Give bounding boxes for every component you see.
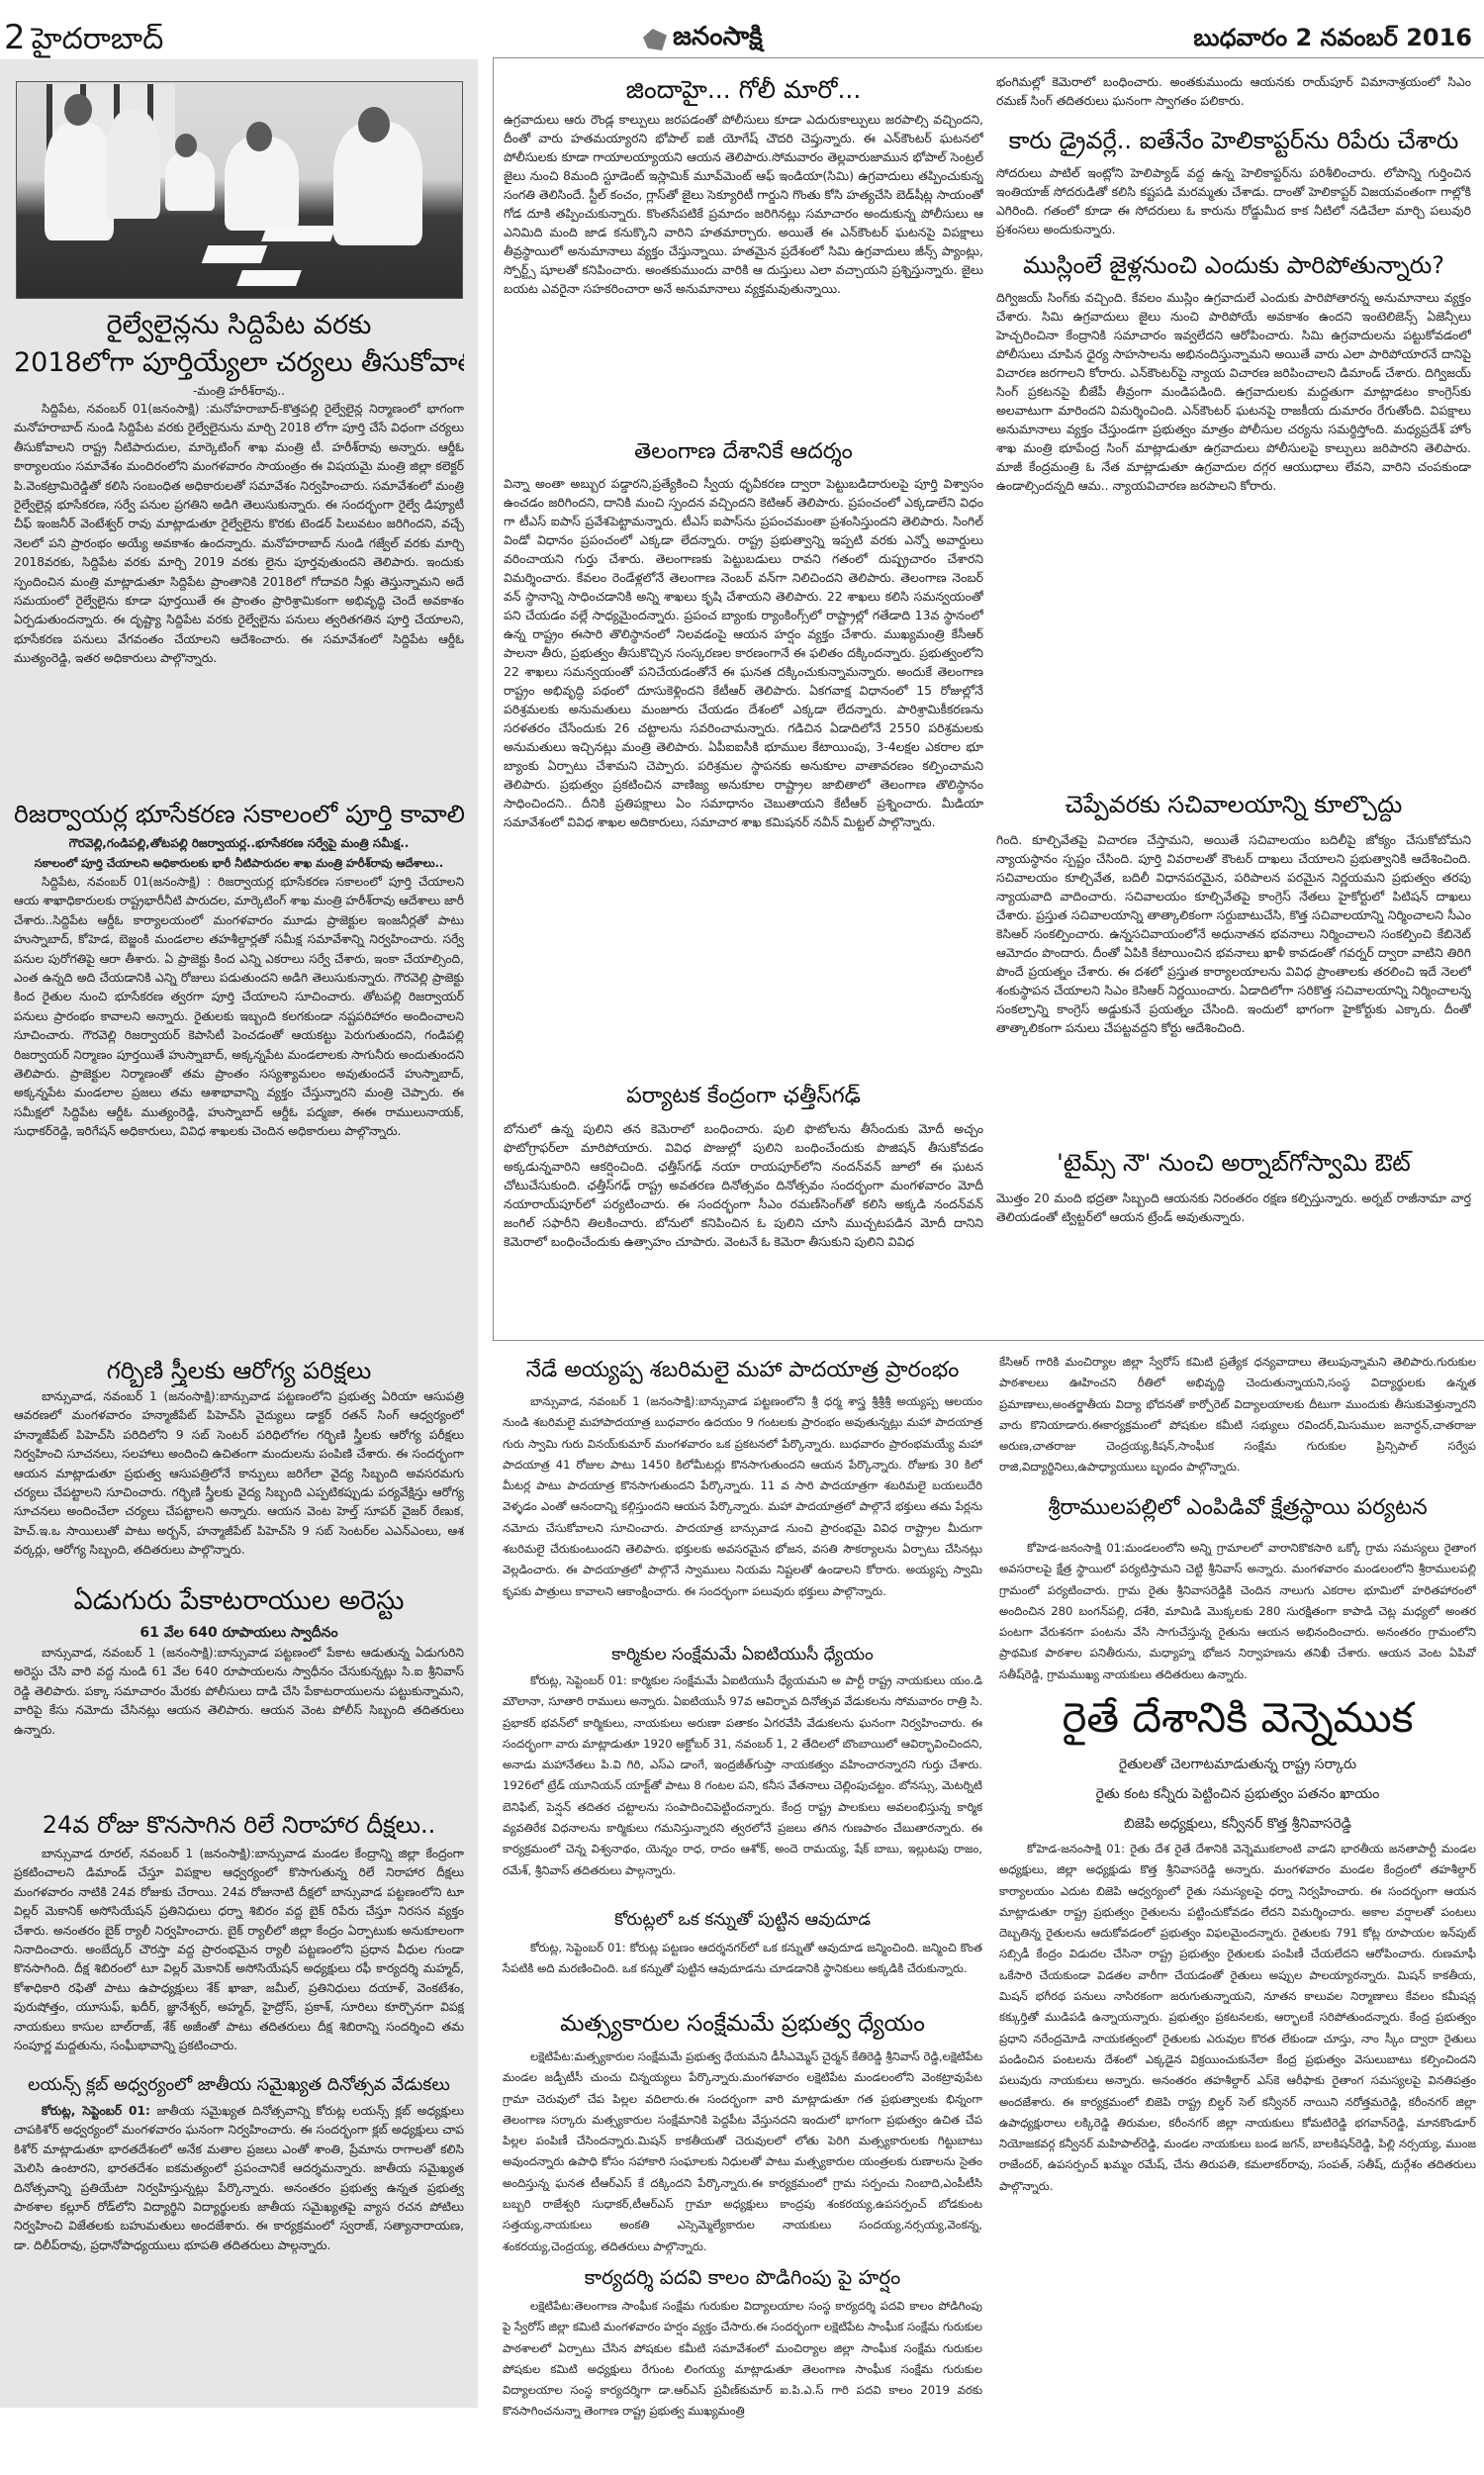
article-zinda-hai: జిందాహై... గోలీ మారో... ఉగ్రవాదులు ఆరు ర… [504, 70, 983, 430]
article-body: దిగ్విజయ్ సింగ్‌కు వచ్చింది. కేవలం ముస్ల… [996, 288, 1471, 779]
person-head [64, 94, 92, 126]
subheadline: బిజెపి అధ్యక్షులు, కన్వీనర్ కొత్త శ్రీని… [999, 1809, 1476, 1839]
article-pregnant-women-checkups: గర్భిణి స్త్రీలకు ఆరోగ్య పరిక్షలు బాన్సు… [14, 1354, 464, 1580]
left-column: రైల్వేలైన్లను సిద్దిపేట వరకు 2018లోగా పూ… [0, 59, 478, 2408]
article-helicopter-repair: కారు డ్రైవర్లే.. ఐతేనేం హెలికాప్టర్‌ను ర… [996, 118, 1471, 242]
article-fishermen-welfare: మత్స్యకారుల సంక్షేమమే ప్రభుత్వ ధ్యేయం లక… [503, 2001, 982, 2258]
headline: ముస్లింలే జైళ్లనుంచి ఎందుకు పారిపోతున్నా… [996, 242, 1471, 288]
headline: నేడే అయ్యప్ప శబరిమలై మహా పాదయాత్ర ప్రారం… [503, 1350, 982, 1391]
article-secretariat: చెప్పేవరకు సచివాలయాన్ని కూల్చొద్దు గింది… [996, 779, 1471, 1137]
headline: 'టైమ్స్ నౌ' నుంచి అర్నాబ్‌గోస్వామి ఔట్ [996, 1137, 1471, 1189]
article-body: కేసిఆర్ గారికి మంచిర్యాల జిల్లా స్వేరోస్… [999, 1352, 1476, 1478]
headline: ఏడుగురు పేకాటరాయుల అరెస్టు [14, 1580, 464, 1622]
paper-document [201, 245, 267, 263]
article-lions-club: లయన్స్ క్లబ్ అధ్వర్యంలో జాతీయ సమైఖ్యత ది… [14, 2068, 464, 2256]
article-body: కోహెడ-జనంసాక్షి 01:మండలంలోని అన్ని గ్రామ… [999, 1538, 1476, 1686]
lower-column-1: నేడే అయ్యప్ప శబరిమలై మహా పాదయాత్ర ప్రారం… [503, 1346, 982, 2444]
article-body: కోరుట్ల, సెప్టెంబర్ 01: జాతీయ సమైఖ్యత ది… [14, 2102, 464, 2256]
subheadline: రైతులతో చెలగాటమాడుతున్న రాష్ట్ర సర్కారు [999, 1750, 1476, 1779]
headline: కార్మికుల సంక్షేమమే ఏఐటియుసీ ధ్యేయం [503, 1639, 982, 1670]
article-chhattisgarh-tourism: పర్యాటక కేంద్రంగా ఛత్తీస్‌గఢ్ బోనులో ఉన్… [504, 1074, 983, 1289]
article-reservoirs: రిజర్వాయర్ల భూసేకరణ సకాలంలో పూర్తి కావాల… [14, 796, 464, 1354]
headline: మత్స్యకారుల సంక్షేమమే ప్రభుత్వ ధ్యేయం [503, 2001, 982, 2047]
newspaper-logo: జనంసాక్షి [643, 22, 763, 57]
person-seated [165, 151, 215, 211]
article-arnab-goswami: 'టైమ్స్ నౌ' నుంచి అర్నాబ్‌గోస్వామి ఔట్ మ… [996, 1137, 1471, 1232]
article-body: ఉగ్రవాదులు ఆరు రౌండ్ల కాల్పులు జరపడంతో ప… [504, 110, 983, 430]
headline: కోరుట్లలో ఒక కన్నుతో పుట్టిన ఆవుదూడ [503, 1902, 982, 1938]
article-mpdo-field-visit: శ్రీరాములపల్లిలో ఎంపిడివో క్షేత్రస్థాయి … [999, 1478, 1476, 1686]
subheadline: 61 వేల 640 రూపాయలు స్వాదీనం [14, 1622, 464, 1644]
article-farmer-backbone: రైతే దేశానికి వెన్నెముక రైతులతో చెలగాటమా… [999, 1686, 1476, 2262]
headline: రిజర్వాయర్ల భూసేకరణ సకాలంలో పూర్తి కావాల… [14, 796, 464, 833]
byline: -మంత్రి హరీశ్‌రావు.. [14, 382, 464, 400]
section-name: హైదరాబాద్ [32, 22, 164, 56]
article-ayyappa-padayatra: నేడే అయ్యప్ప శబరిమలై మహా పాదయాత్ర ప్రారం… [503, 1350, 982, 1639]
article-secretary-tenure: కార్యదర్శి పదవి కాలం పొడిగింపు పై హర్షం … [503, 2258, 982, 2444]
article-body: భంగిమల్లో కెమెరాలో బంధించారు. అంతకుముందు… [996, 72, 1471, 118]
article-gamblers-arrest: ఏడుగురు పేకాటరాయుల అరెస్టు 61 వేల 640 రూ… [14, 1580, 464, 1797]
subheadline: గౌరవెల్లి,గండిపల్లి,తోటపల్లి రిజర్వాయర్ల… [14, 833, 464, 853]
article-body: బాన్సువాడ, నవంబర్ 1 (జనంసాక్షి):బాన్సువా… [14, 1387, 464, 1580]
boxed-column-1: జిందాహై... గోలీ మారో... ఉగ్రవాదులు ఆరు ర… [504, 58, 983, 1289]
person-head [358, 107, 390, 143]
article-aituc: కార్మికుల సంక్షేమమే ఏఐటియుసీ ధ్యేయం కోరు… [503, 1639, 982, 1902]
article-body: కోరుట్ల, సెప్టెంబర్ 01: కార్మికుల సంక్షే… [503, 1670, 982, 1902]
chair [106, 110, 160, 219]
paper-document [236, 270, 302, 286]
person-head [175, 134, 197, 157]
boxed-column-2: భంగిమల్లో కెమెరాలో బంధించారు. అంతకుముందు… [996, 58, 1471, 1232]
boxed-news-section: జిందాహై... గోలీ మారో... ఉగ్రవాదులు ఆరు ర… [493, 57, 1484, 1341]
article-body: మొత్తం 20 మంది భద్రతా సిబ్బంది ఆయనకు నిర… [996, 1189, 1471, 1232]
headline: రైతే దేశానికి వెన్నెముక [999, 1686, 1476, 1750]
article-muslims-jail: ముస్లింలే జైళ్లనుంచి ఎందుకు పారిపోతున్నా… [996, 242, 1471, 779]
article-body: లక్షెటిపేట:తెలంగాణ సాంఘీక సంక్షేమ గురుకు… [503, 2296, 982, 2444]
article-relay-hunger-strike: 24వ రోజు కొనసాగిన రిలే నిరాహార దీక్షలు..… [14, 1805, 464, 2056]
dateline: కోరుట్ల, సెప్టెంబర్ 01: [42, 2104, 150, 2118]
headline: గర్భిణి స్త్రీలకు ఆరోగ్య పరిక్షలు [14, 1354, 464, 1387]
masthead: 2హైదరాబాద్ జనంసాక్షి బుధవారం 2 నవంబర్ 20… [0, 0, 1484, 59]
article-telangana-role-model: తెలంగాణ దేశానికే ఆదర్శం విన్నా అంతా అబ్బ… [504, 430, 983, 1074]
article-body: బోనులో ఉన్న పులిని తన కెమెరాలో బంధించారు… [504, 1119, 983, 1289]
headline: తెలంగాణ దేశానికే ఆదర్శం [504, 430, 983, 474]
article-body: బాన్సువాడ, నవంబర్ 1 (జనంసాక్షి):బాన్సువా… [14, 1644, 464, 1797]
page-number: 2 [4, 18, 26, 57]
article-railway: రైల్వేలైన్లను సిద్దిపేట వరకు 2018లోగా పూ… [14, 307, 464, 790]
lower-column-2: కేసిఆర్ గారికి మంచిర్యాల జిల్లా స్వేరోస్… [999, 1346, 1476, 2262]
article-body: విన్నా అంతా అబ్బుర పడ్డారని,ప్రత్యేకించి… [504, 474, 983, 1074]
headline: రైల్వేలైన్లను సిద్దిపేట వరకు [14, 307, 464, 344]
article-body: బాన్సువాడ, నవంబర్ 1 (జనంసాక్షి):బాన్సువా… [503, 1391, 982, 1639]
headline: శ్రీరాములపల్లిలో ఎంపిడివో క్షేత్రస్థాయి … [999, 1478, 1476, 1538]
subheadline: సకాలంలో పూర్తి చేయాలని అధికారులకు భారీ న… [14, 853, 464, 873]
headline: 24వ రోజు కొనసాగిన రిలే నిరాహార దీక్షలు.. [14, 1805, 464, 1845]
headline: లయన్స్ క్లబ్ అధ్వర్యంలో జాతీయ సమైఖ్యత ది… [14, 2068, 464, 2102]
article-body: బాన్సువాడ రూరల్, నవంబర్ 1 (జనంసాక్షి):బా… [14, 1845, 464, 2056]
article-body: సోదరులు పాటిల్ ఇంట్లోని హెలిప్యాడ్ వద్ద … [996, 163, 1471, 242]
article-body: సిద్దిపేట, నవంబర్ 01(జనంసాక్షి) :మనోహరాబ… [14, 400, 464, 790]
headline: 2018లోగా పూర్తియ్యేలా చర్యలు తీసుకోవాలి.… [14, 344, 464, 382]
subheadline: రైతు కంట కన్నీరు పెట్టించిన ప్రభుత్వం పత… [999, 1779, 1476, 1809]
issue-date: బుధవారం 2 నవంబర్ 2016 [1193, 24, 1472, 57]
article-swaeros-continued: కేసిఆర్ గారికి మంచిర్యాల జిల్లా స్వేరోస్… [999, 1352, 1476, 1478]
headline: కారు డ్రైవర్లే.. ఐతేనేం హెలికాప్టర్‌ను ర… [996, 118, 1471, 163]
article-body: లక్షెటిపేట:మత్స్యకారుల సంక్షేమమే ప్రభుత్… [503, 2047, 982, 2258]
headline: పర్యాటక కేంద్రంగా ఛత్తీస్‌గఢ్ [504, 1074, 983, 1119]
article-body: కోహెడ-జనంసాక్షి 01: రైతు దేశ రైతే దేశాని… [999, 1839, 1476, 2262]
headline: కార్యదర్శి పదవి కాలం పొడిగింపు పై హర్షం [503, 2258, 982, 2296]
article-body: సిద్దిపేట, నవంబర్ 01(జనంసాక్షి) : రిజర్వ… [14, 873, 464, 1354]
article-continued: భంగిమల్లో కెమెరాలో బంధించారు. అంతకుముందు… [996, 72, 1471, 118]
headline: చెప్పేవరకు సచివాలయాన్ని కూల్చొద్దు [996, 779, 1471, 830]
article-one-eyed-calf: కోరుట్లలో ఒక కన్నుతో పుట్టిన ఆవుదూడ కోరు… [503, 1902, 982, 2001]
telangana-map-icon [643, 29, 667, 50]
article-body: గింది. కూల్చివేతపై విచారణ చేస్తామని, అయి… [996, 830, 1471, 1137]
paper-document [261, 226, 336, 241]
news-photo [16, 81, 463, 299]
person-head [246, 122, 272, 151]
article-body: కోరుట్ల, సెప్టెంబర్ 01: కోరుట్ల పట్టణం ఆ… [503, 1938, 982, 2001]
page-section-label: 2హైదరాబాద్ [4, 20, 163, 57]
logo-text: జనంసాక్షి [673, 22, 763, 57]
person-standing [45, 122, 114, 240]
headline: జిందాహై... గోలీ మారో... [504, 70, 983, 110]
